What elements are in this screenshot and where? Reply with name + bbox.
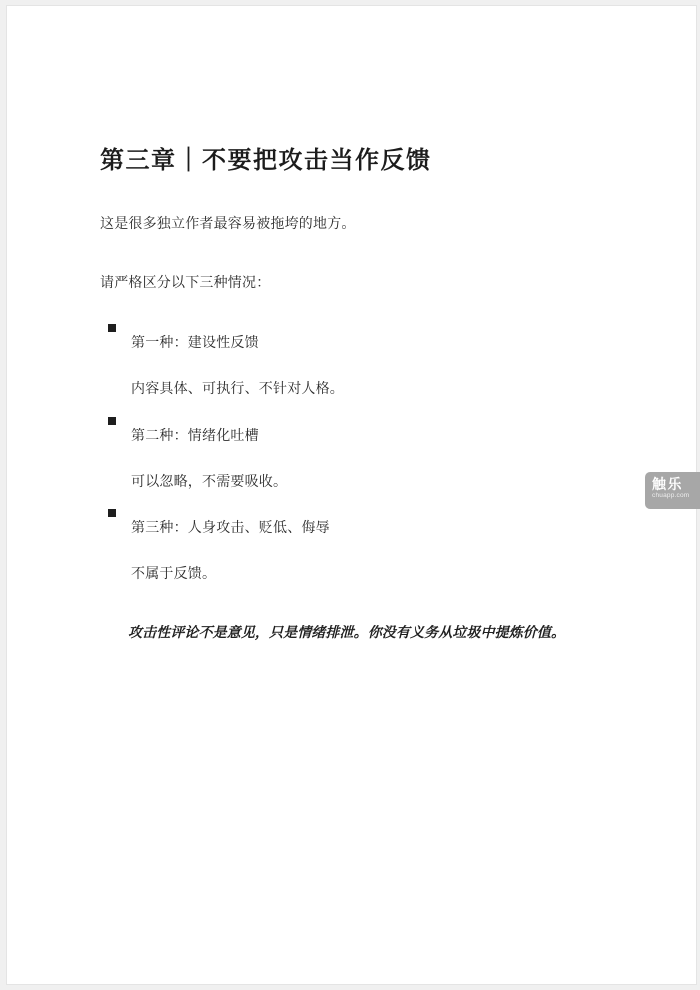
bullet-3-label: 第三种：人身攻击、贬低、侮辱	[131, 519, 330, 535]
bullet-square-icon	[108, 417, 116, 425]
bullet-square-icon	[108, 324, 116, 332]
intro-paragraph: 这是很多独立作者最容易被拖垮的地方。	[100, 215, 356, 231]
chapter-title: 第三章｜不要把攻击当作反馈	[100, 147, 432, 175]
screenshot-canvas: 第三章｜不要把攻击当作反馈 这是很多独立作者最容易被拖垮的地方。 请严格区分以下…	[0, 0, 700, 990]
bullet-2-detail: 可以忽略，不需要吸收。	[131, 473, 287, 489]
bullet-3-detail: 不属于反馈。	[131, 565, 216, 581]
bullet-2-label: 第二种：情绪化吐槽	[131, 427, 259, 443]
chuapp-watermark-badge: 触乐 chuapp.com	[645, 472, 700, 509]
chuapp-domain-text: chuapp.com	[652, 492, 700, 500]
bullet-1-detail: 内容具体、可执行、不针对人格。	[131, 380, 344, 396]
closing-quote: 攻击性评论不是意见，只是情绪排泄。你没有义务从垃圾中提炼价值。	[128, 624, 565, 640]
lead-in-paragraph: 请严格区分以下三种情况：	[100, 274, 270, 290]
bullet-square-icon	[108, 509, 116, 517]
chuapp-logo-text: 触乐	[652, 477, 700, 492]
bullet-1-label: 第一种：建设性反馈	[131, 334, 259, 350]
